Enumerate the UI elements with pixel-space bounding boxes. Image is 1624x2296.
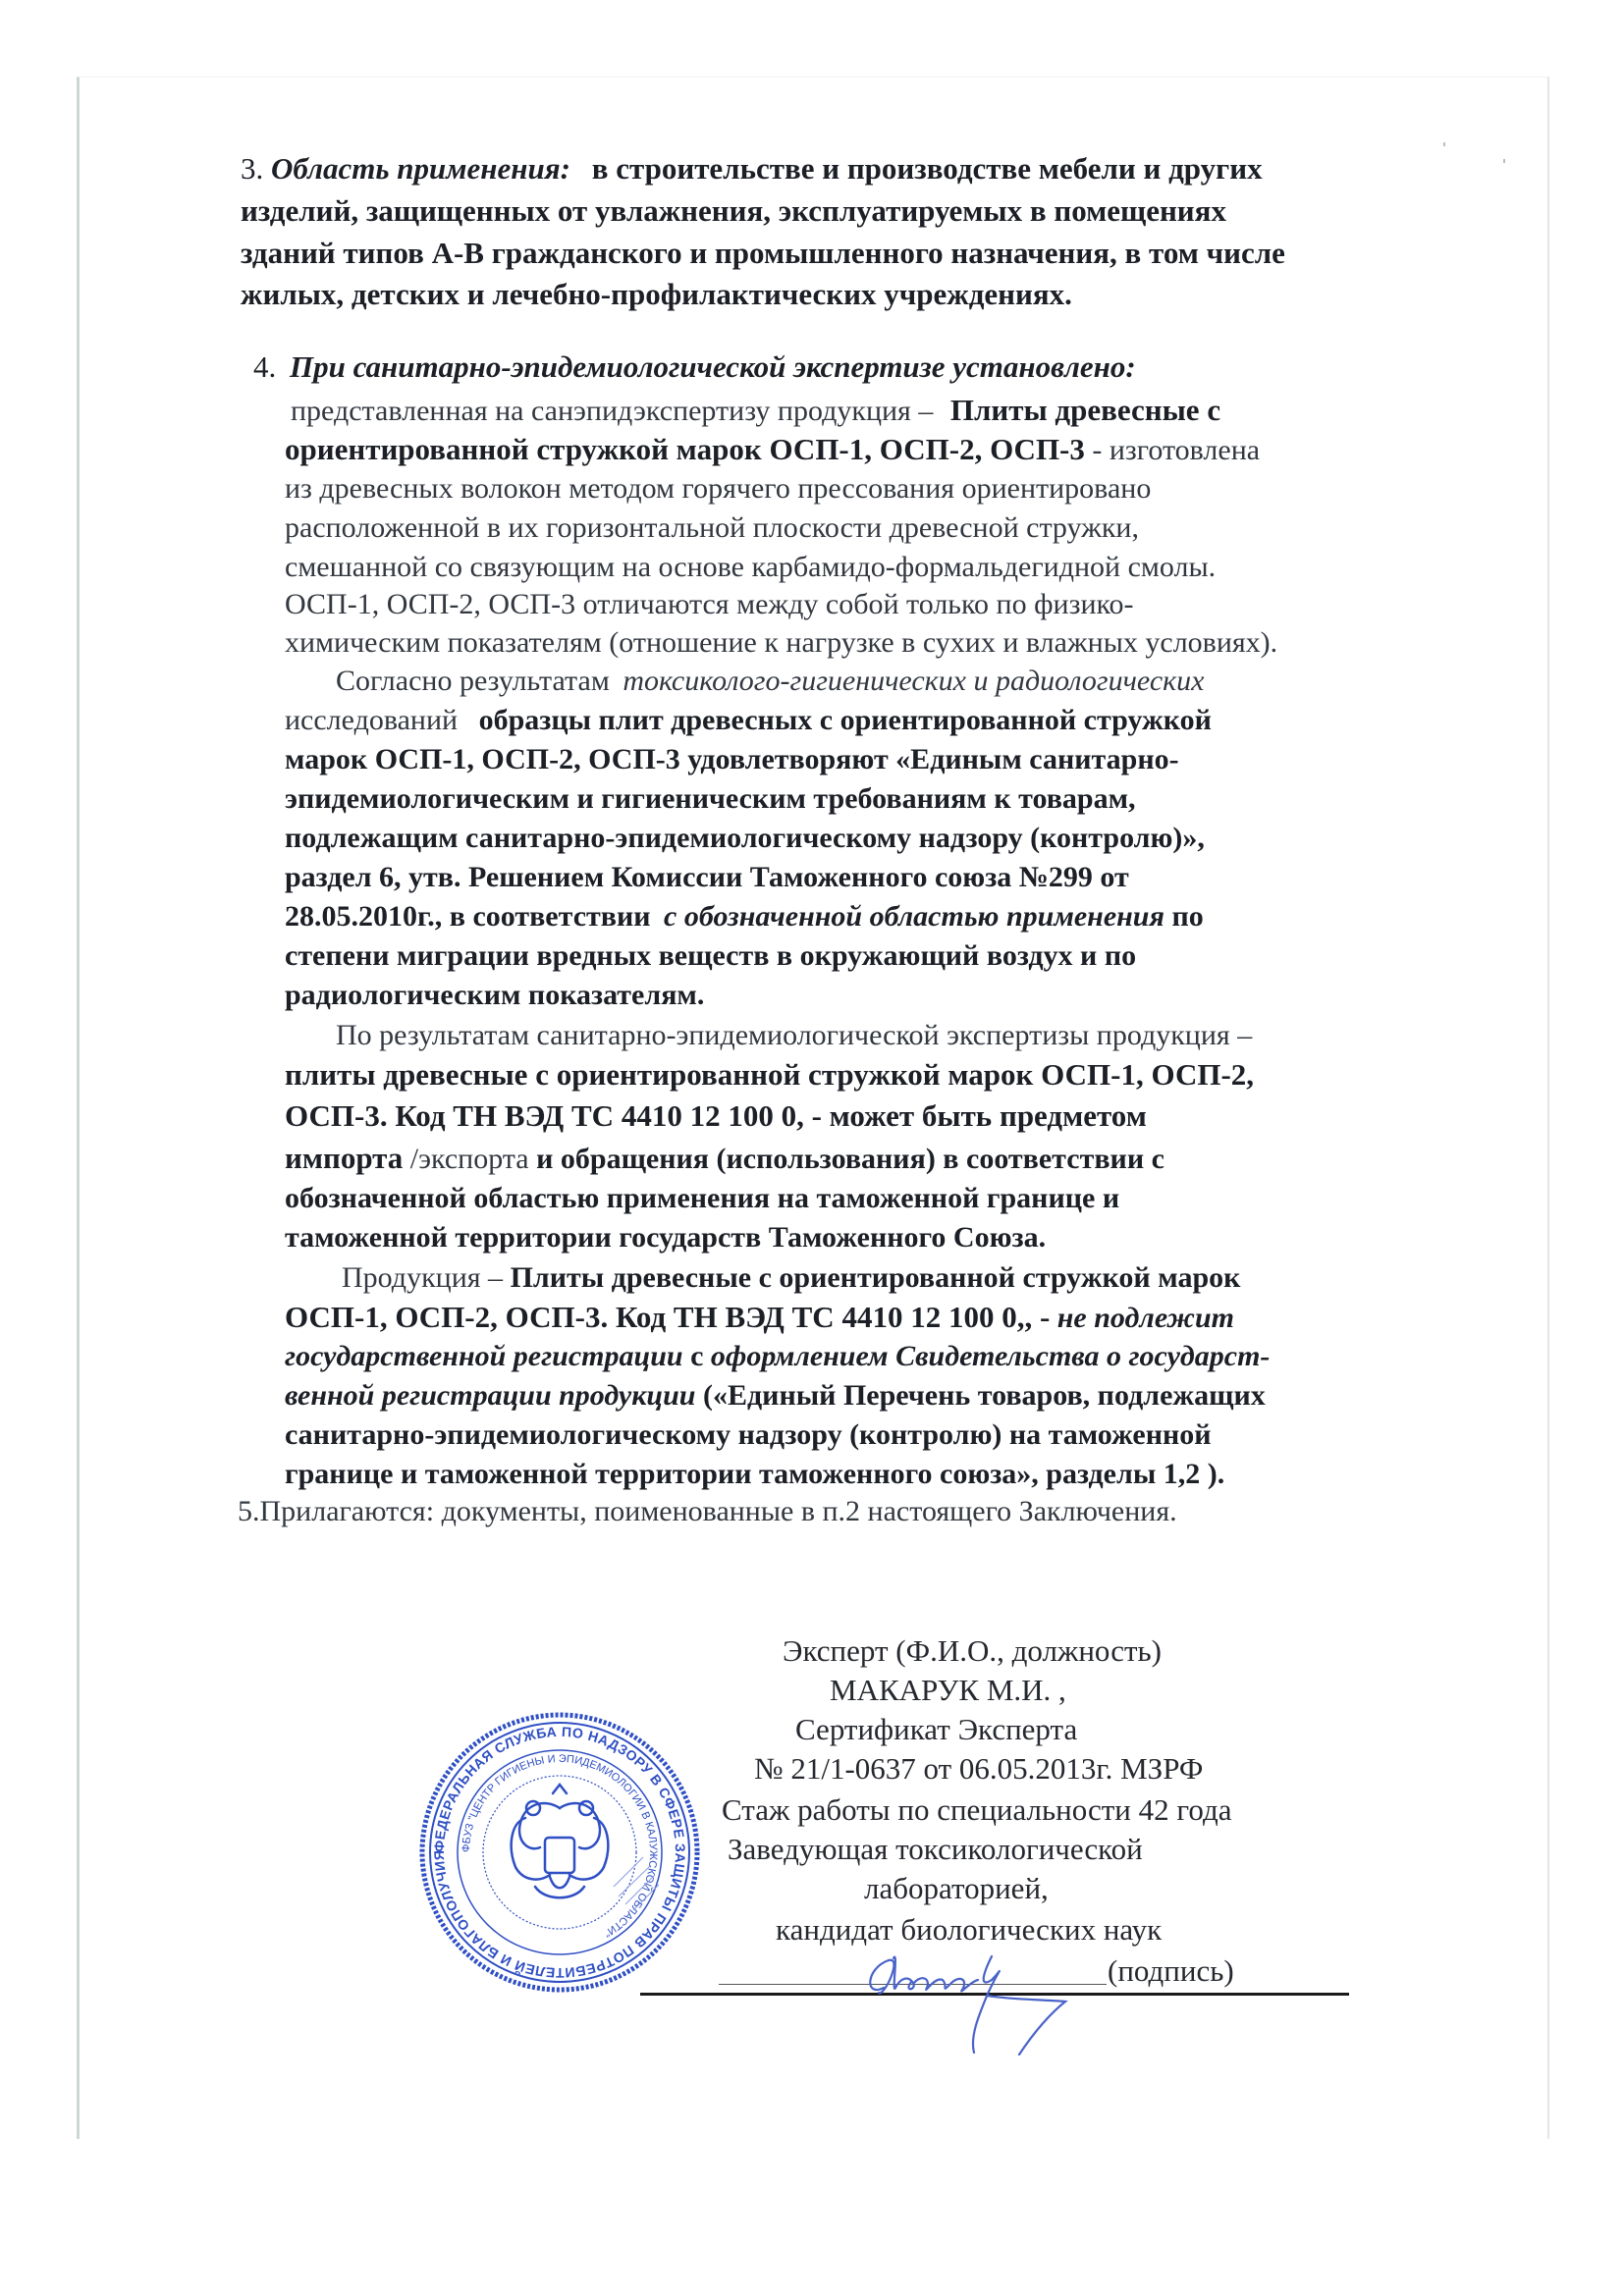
stamp-inner-text: ФБУЗ "ЦЕНТР ГИГИЕНЫ И ЭПИДЕМИОЛОГИИ В КА… — [460, 1753, 659, 1939]
p2-line-2: исследований образцы плит древесных с ор… — [285, 703, 1212, 738]
p4-bold: («Единый Перечень товаров, подлежащих — [695, 1379, 1265, 1412]
product-grades: ориентированной стружкой марок ОСП-1, ОС… — [285, 432, 1085, 466]
p2-bold: 28.05.2010г., в соответствии — [285, 900, 651, 933]
p2-bold: образцы плит древесных с ориентированной… — [479, 704, 1212, 736]
section-5-text: 5.Прилагаются: документы, поименованные … — [238, 1494, 1177, 1529]
p3-line-1: По результатам санитарно-эпидемиологичес… — [336, 1018, 1252, 1053]
p4-bold: Плиты древесные с ориентированной стружк… — [503, 1261, 1240, 1294]
experience: Стаж работы по специальности 42 года — [722, 1792, 1231, 1828]
p4-bold-italic: венной регистрации продукции — [285, 1379, 695, 1412]
p4-bold-italic: государственной регистрации — [285, 1340, 683, 1372]
p1-line-7: химическим показателям (отношение к нагр… — [285, 625, 1277, 661]
p3-bold: импорта — [285, 1141, 403, 1175]
p4-bold-italic: оформлением Свидетельства о государст- — [711, 1340, 1271, 1372]
p2-line-8: степени миграции вредных веществ в окруж… — [285, 938, 1136, 974]
p4-bold: ОСП-1, ОСП-2, ОСП-3. Код ТН ВЭД ТС 4410 … — [285, 1300, 1050, 1334]
product-name: Плиты древесные с — [950, 393, 1220, 427]
p4-line-4: венной регистрации продукции («Единый Пе… — [285, 1378, 1266, 1414]
scan-speck — [1503, 159, 1505, 163]
p4-line-5: санитарно-эпидемиологическому надзору (к… — [285, 1417, 1212, 1453]
p4-line-1: Продукция – Плиты древесные с ориентиров… — [342, 1260, 1240, 1296]
p1-line-4: расположенной в их горизонтальной плоско… — [285, 510, 1139, 546]
section-3-line-2: изделий, защищенных от увлажнения, экспл… — [241, 193, 1226, 229]
p4-bold-italic: не подлежит — [1050, 1302, 1234, 1334]
p2-line-1: Согласно результатам токсиколого-гигиени… — [336, 664, 1204, 699]
handwritten-signature — [844, 1939, 1168, 2066]
p2-bold-italic: с обозначенной областью применения — [664, 900, 1164, 933]
p2-line-9: радиологическим показателям. — [285, 978, 704, 1013]
p2-bold: по — [1164, 900, 1204, 933]
p1-line-3: из древесных волокон методом горячего пр… — [285, 471, 1151, 507]
p2-line-4: эпидемиологическим и гигиеническим требо… — [285, 781, 1136, 817]
section-3-number: 3. — [241, 151, 263, 186]
section-3-line-4: жилых, детских и лечебно-профилактически… — [241, 277, 1072, 312]
position-line-2: лабораторией, — [864, 1871, 1049, 1906]
p3-bold: и обращения (использования) в соответств… — [536, 1143, 1164, 1175]
p2-line-7: 28.05.2010г., в соответствии с обозначен… — [285, 899, 1204, 934]
p4-line-3: государственной регистрации с оформление… — [285, 1339, 1270, 1374]
p4-line-6: границе и таможенной территории таможенн… — [285, 1457, 1224, 1492]
p3-line-3: ОСП-3. Код ТН ВЭД ТС 4410 12 100 0, - мо… — [285, 1098, 1147, 1134]
p2-line-3: марок ОСП-1, ОСП-2, ОСП-3 удовлетворяют … — [285, 742, 1179, 777]
p1-line-6: ОСП-1, ОСП-2, ОСП-3 отличаются между соб… — [285, 587, 1134, 622]
eagle-emblem-icon — [512, 1785, 609, 1897]
p2-italic: токсиколого-гигиенических и радиологичес… — [623, 665, 1204, 697]
official-stamp: ФЕДЕРАЛЬНАЯ СЛУЖБА ПО НАДЗОРУ В СФЕРЕ ЗА… — [417, 1710, 702, 1995]
scan-speck — [1443, 142, 1445, 146]
p1-text: представленная на санэпидэкспертизу прод… — [291, 395, 933, 427]
p2-line-5: подлежащим санитарно-эпидемиологическому… — [285, 821, 1205, 856]
expert-role-label: Эксперт (Ф.И.О., должность) — [783, 1633, 1162, 1669]
section-3-text: в строительстве и производстве мебели и … — [592, 151, 1263, 186]
p4-line-2: ОСП-1, ОСП-2, ОСП-3. Код ТН ВЭД ТС 4410 … — [285, 1300, 1234, 1336]
p2-text: Согласно результатам — [336, 665, 610, 697]
section-3-line-3: зданий типов А-В гражданского и промышле… — [241, 236, 1285, 271]
position-line-1: Заведующая токсикологической — [728, 1832, 1143, 1867]
p3-line-4: импорта /экспорта и обращения (использов… — [285, 1141, 1164, 1177]
section-3-heading: Область применения: — [271, 151, 570, 186]
p2-text: исследований — [285, 704, 458, 736]
expert-name: МАКАРУК М.И. , — [830, 1673, 1066, 1708]
p3-line-2: плиты древесные с ориентированной стружк… — [285, 1057, 1254, 1093]
p1-line-5: смешанной со связующим на основе карбами… — [285, 550, 1216, 585]
p3-line-5: обозначенной областью применения на тамо… — [285, 1181, 1119, 1216]
section-4-number: 4. — [253, 349, 276, 384]
p3-text: /экспорта — [403, 1143, 536, 1175]
section-3-line-1: 3. Область применения: в строительстве и… — [241, 151, 1263, 187]
section-4-heading: При санитарно-эпидемиологической эксперт… — [290, 349, 1136, 384]
p4-text: Продукция – — [342, 1261, 503, 1294]
p1-line-2: ориентированной стружкой марок ОСП-1, ОС… — [285, 432, 1260, 468]
p2-line-6: раздел 6, утв. Решением Комиссии Таможен… — [285, 860, 1129, 895]
section-4-heading-line: 4. При санитарно-эпидемиологической эксп… — [253, 349, 1136, 385]
p1-text: - изготовлена — [1092, 434, 1260, 466]
certificate-number: № 21/1-0637 от 06.05.2013г. МЗРФ — [754, 1751, 1203, 1787]
p1-line-1: представленная на санэпидэкспертизу прод… — [291, 393, 1220, 429]
p3-line-6: таможенной территории государств Таможен… — [285, 1220, 1046, 1255]
certificate-label: Сертификат Эксперта — [795, 1712, 1077, 1747]
p4-bold: с — [683, 1340, 711, 1372]
svg-text:ФБУЗ "ЦЕНТР ГИГИЕНЫ И ЭПИДЕМИО: ФБУЗ "ЦЕНТР ГИГИЕНЫ И ЭПИДЕМИОЛОГИИ В КА… — [460, 1753, 659, 1939]
